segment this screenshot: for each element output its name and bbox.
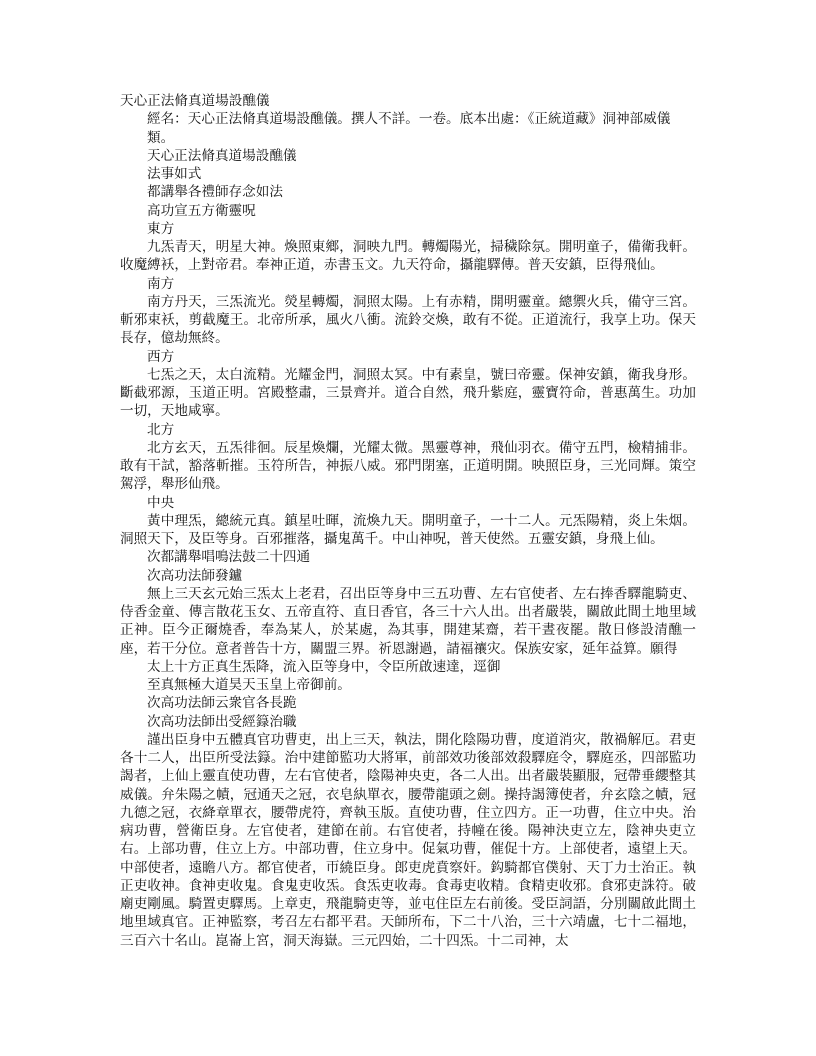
document-page: 天心正法脩真道場設醮儀 經名：天心正法脩真道場設醮儀。撰人不詳。一卷。底本出處：… bbox=[120, 92, 696, 950]
heading-line: 經名：天心正法脩真道場設醮儀。撰人不詳。一卷。底本出處：《正統道藏》洞神部威儀類… bbox=[120, 110, 696, 147]
heading-line: 至真無極大道昊天玉皇上帝御前。 bbox=[120, 676, 696, 694]
body-paragraph: 黃中理炁，總統元真。鎮星吐暉，流煥九天。開明童子，一十二人。元炁陽精，炎上朱烟。… bbox=[120, 512, 696, 549]
body-paragraph: 無上三天玄元始三炁太上老君，召出臣等身中三五功曹、左右官使者、左右捧香驛龍騎吏、… bbox=[120, 585, 696, 658]
document-title: 天心正法脩真道場設醮儀 bbox=[120, 92, 696, 110]
body-paragraph: 北方玄天，五炁徘徊。辰星煥爛，光耀太微。黑靈尊神，飛仙羽衣。備守五門，檢精捕非。… bbox=[120, 439, 696, 494]
heading-line: 次高功法師發鑪 bbox=[120, 567, 696, 585]
body-paragraph: 謹出臣身中五體真官功曹吏，出上三天，執法，開化陰陽功曹，度道消灾，散禍解厄。君吏… bbox=[120, 731, 696, 950]
body-paragraph: 七炁之天，太白流精。光耀金門，洞照太冥。中有素皇，號曰帝靈。保神安鎮，衛我身形。… bbox=[120, 366, 696, 421]
heading-line: 東方 bbox=[120, 220, 696, 238]
heading-line: 南方 bbox=[120, 275, 696, 293]
body-paragraph: 南方丹天，三炁流光。熒星轉燭，洞照太陽。上有赤精，開明靈童。總禦火兵，備守三宮。… bbox=[120, 293, 696, 348]
heading-line: 次高功法師出受經籙治職 bbox=[120, 713, 696, 731]
heading-line: 太上十方正真生炁降，流入臣等身中，令臣所啟速達，逕御 bbox=[120, 658, 696, 676]
heading-line: 法事如式 bbox=[120, 165, 696, 183]
heading-line: 天心正法脩真道場設醮儀 bbox=[120, 147, 696, 165]
heading-line: 次高功法師云衆官各長跪 bbox=[120, 694, 696, 712]
document-body: 經名：天心正法脩真道場設醮儀。撰人不詳。一卷。底本出處：《正統道藏》洞神部威儀類… bbox=[120, 110, 696, 950]
heading-line: 中央 bbox=[120, 494, 696, 512]
heading-line: 都講舉各禮師存念如法 bbox=[120, 183, 696, 201]
heading-line: 北方 bbox=[120, 421, 696, 439]
heading-line: 次都講舉唱鳴法鼓二十四通 bbox=[120, 548, 696, 566]
heading-line: 西方 bbox=[120, 348, 696, 366]
heading-line: 高功宣五方衛靈呪 bbox=[120, 202, 696, 220]
body-paragraph: 九炁青天，明星大神。煥照東鄉，洞映九門。轉燭陽光，掃穢除氛。開明童子，備衛我軒。… bbox=[120, 238, 696, 275]
